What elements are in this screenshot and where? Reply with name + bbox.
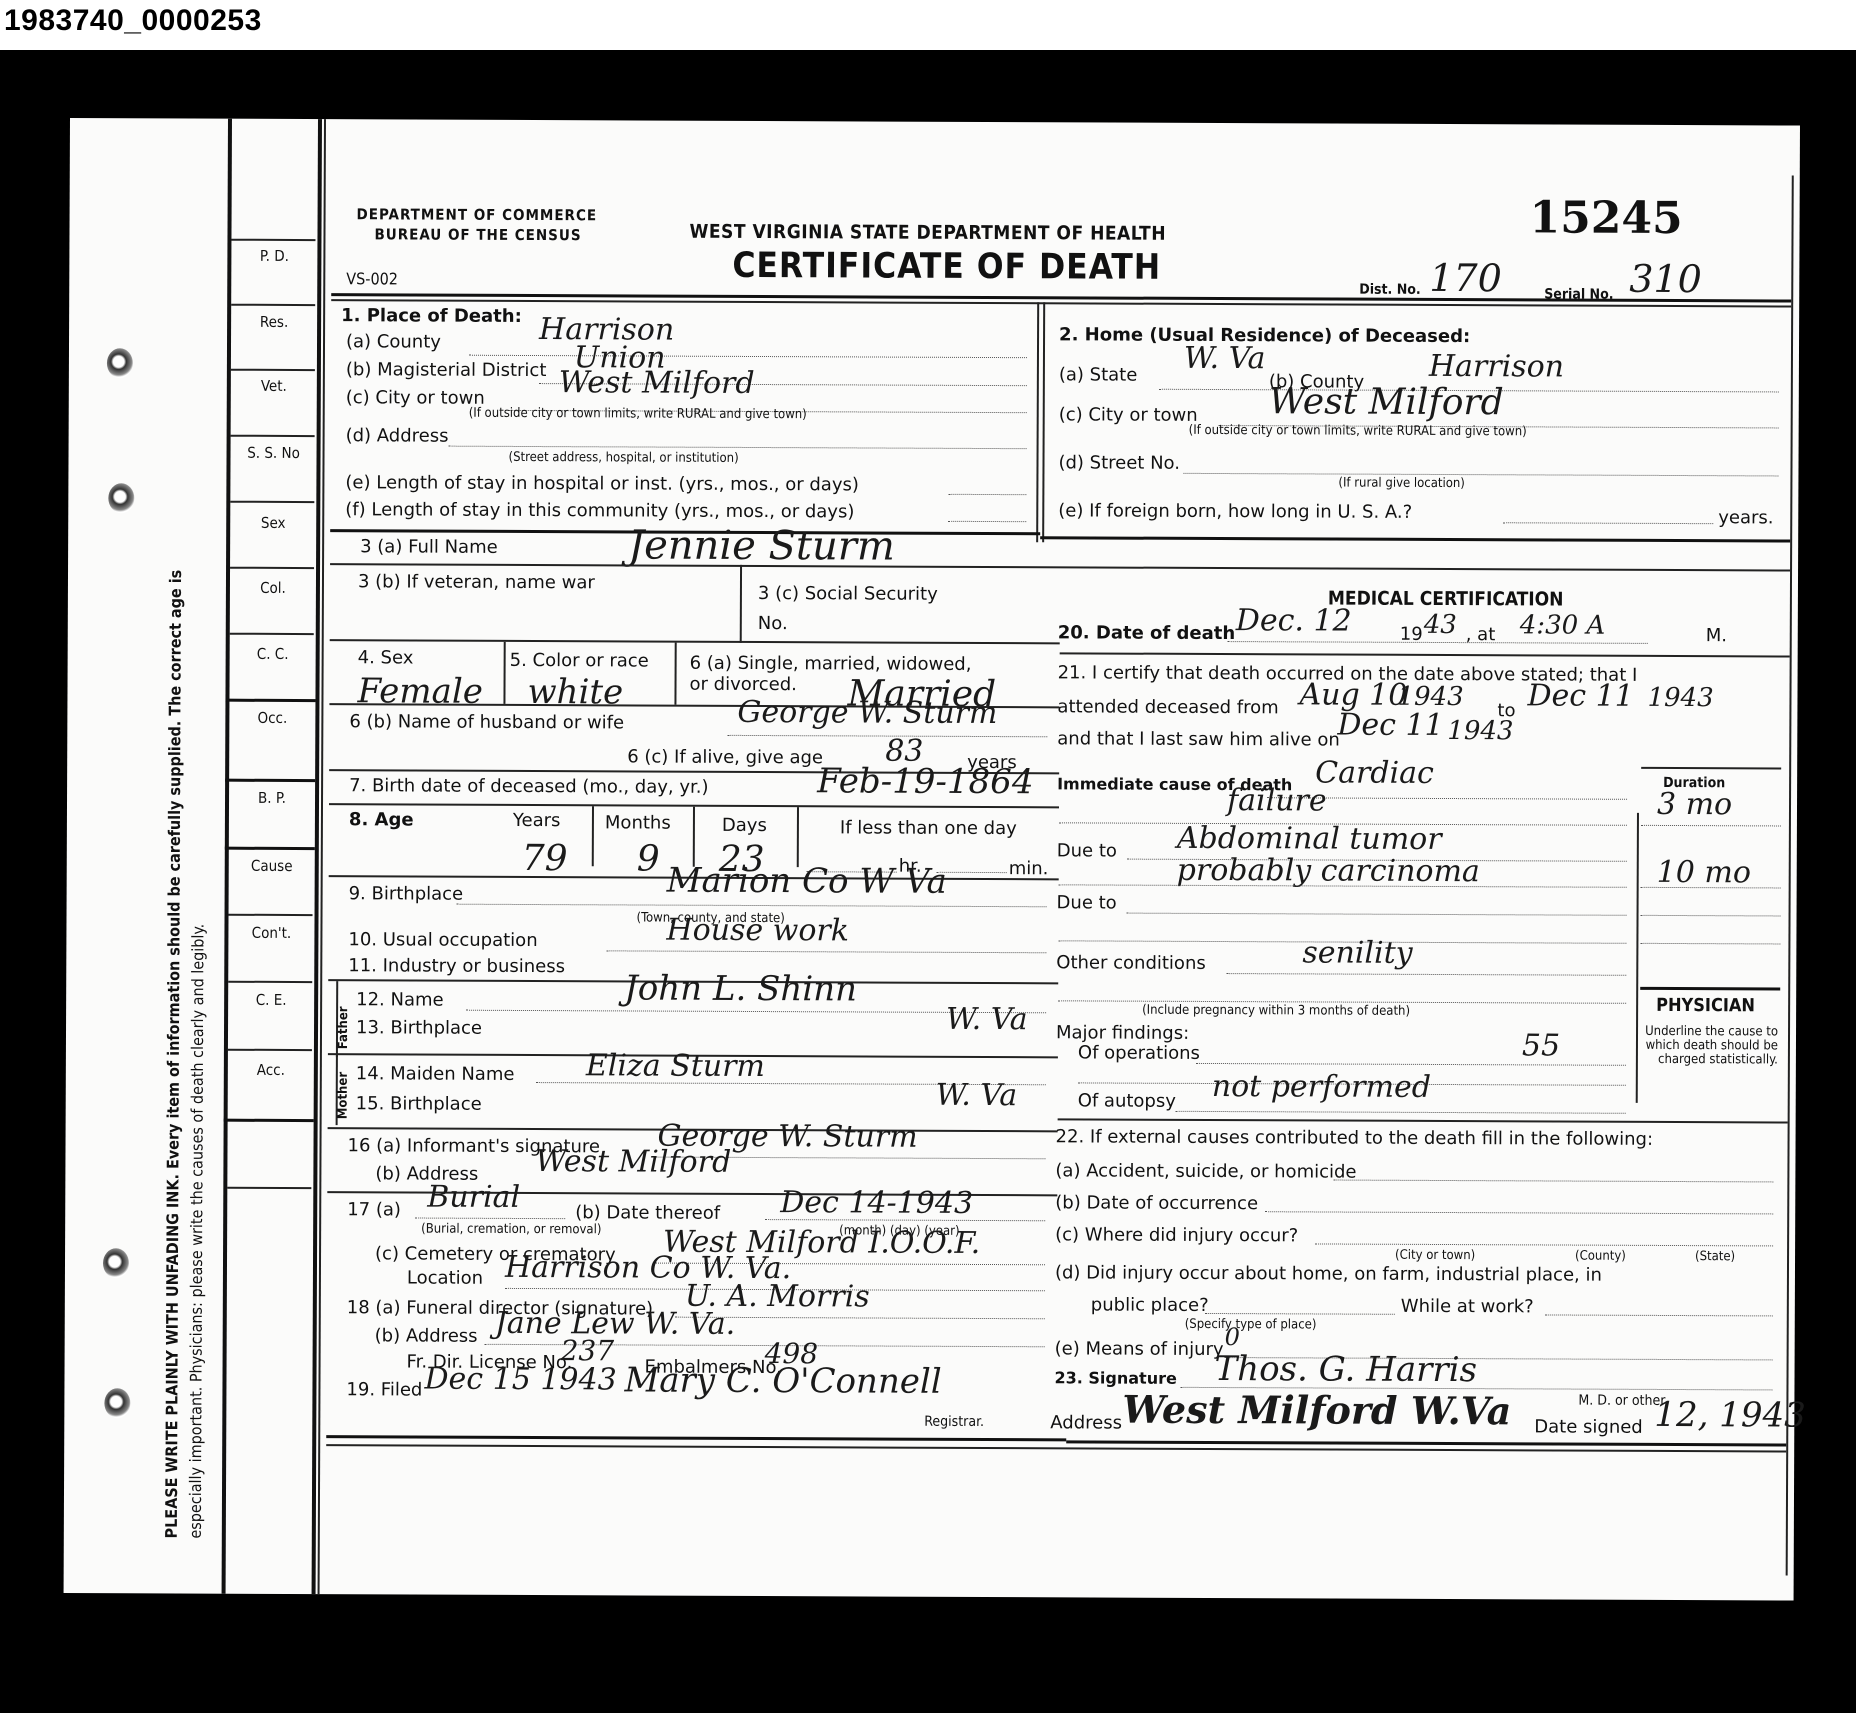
certificate-title: CERTIFICATE OF DEATH — [732, 246, 1161, 288]
index-label-col: Col. — [234, 579, 312, 597]
res-state-label: (a) State — [1059, 364, 1138, 385]
index-label-vet: Vet. — [235, 377, 313, 395]
date-signed-label: Date signed — [1534, 1416, 1643, 1437]
age-years-label: Years — [513, 810, 561, 831]
occurrence-date-label: (b) Date of occurrence — [1055, 1192, 1258, 1214]
public-place-note: (Specify type of place) — [1185, 1317, 1317, 1333]
res-street-note: (If rural give location) — [1338, 476, 1465, 492]
birth-date-value: Feb-19-1864 — [817, 761, 1034, 802]
location-label: Location — [407, 1267, 483, 1288]
age-months-value: 9 — [637, 838, 660, 879]
attended-label: attended deceased from — [1057, 696, 1278, 718]
major-findings-label: Major findings: — [1056, 1022, 1189, 1044]
means-injury-value: 0 — [1225, 1323, 1240, 1351]
attended-to-year: 1943 — [1647, 683, 1713, 713]
mother-maiden-value: Eliza Sturm — [586, 1048, 765, 1084]
spouse-label: 6 (b) Name of husband or wife — [349, 711, 624, 733]
father-name-label: 12. Name — [356, 989, 444, 1010]
pod-county-label: (a) County — [346, 331, 441, 352]
death-time-suffix: M. — [1706, 625, 1727, 646]
age-years-value: 79 — [522, 838, 568, 879]
form-number: VS-002 — [346, 269, 398, 288]
father-birthplace-label: 13. Birthplace — [356, 1017, 482, 1039]
birth-date-label: 7. Birth date of deceased (mo., day, yr.… — [349, 775, 709, 798]
where-injury-label: (c) Where did injury occur? — [1055, 1224, 1298, 1246]
ssn-label-2: No. — [758, 613, 788, 634]
operations-label: Of operations — [1078, 1042, 1200, 1064]
public-place-label: public place? — [1091, 1294, 1209, 1316]
occupation-label: 10. Usual occupation — [348, 929, 537, 951]
informant-address-value: West Milford — [535, 1144, 731, 1180]
injury-about-label: (d) Did injury occur about home, on farm… — [1055, 1262, 1602, 1285]
mother-birthplace-value: W. Va — [936, 1078, 1018, 1113]
due-to-2-label: Due to — [1057, 892, 1117, 913]
dist-no-value: 170 — [1429, 256, 1502, 300]
registrar-signature: Mary C. O'Connell — [624, 1360, 941, 1401]
pod-address-label: (d) Address — [346, 425, 449, 446]
due-to-label: Due to — [1057, 840, 1117, 861]
pod-address-note: (Street address, hospital, or institutio… — [508, 450, 738, 466]
immediate-duration-value: 3 mo — [1657, 787, 1732, 822]
industry-label: 11. Industry or business — [348, 955, 565, 977]
last-seen-value: Dec 11 — [1337, 708, 1443, 743]
age-months-label: Months — [605, 812, 671, 833]
punch-hole-icon — [104, 1388, 130, 1418]
due-to-duration-value: 10 mo — [1657, 855, 1751, 890]
punch-hole-icon — [108, 483, 134, 513]
res-city-note: (If outside city or town limits, write R… — [1189, 423, 1527, 439]
serial-no-value: 310 — [1629, 257, 1702, 301]
birthplace-value: Marion Co W Va — [667, 861, 947, 902]
index-column-left-border — [222, 119, 232, 1594]
father-birthplace-value: W. Va — [946, 1002, 1028, 1037]
physician-heading: PHYSICIAN — [1656, 995, 1755, 1016]
death-year-value: 43 — [1424, 610, 1457, 640]
disposition-date-value: Dec 14-1943 — [780, 1185, 973, 1221]
death-year-prefix: 19 — [1400, 624, 1423, 645]
min-label: min. — [1009, 858, 1049, 879]
operations-value: 55 — [1522, 1028, 1560, 1063]
funeral-director-address-label: (b) Address — [375, 1325, 478, 1346]
due-to-value-2: probably carcinoma — [1177, 853, 1480, 889]
veteran-label: 3 (b) If veteran, name war — [358, 571, 595, 593]
death-certificate: PLEASE WRITE PLAINLY WITH UNFADING INK. … — [64, 118, 1800, 1601]
index-label-ssno: S. S. No — [235, 444, 313, 462]
physician-signature: Thos. G. Harris — [1214, 1349, 1477, 1390]
res-county-value: Harrison — [1429, 349, 1564, 385]
pod-city-value: West Milford — [559, 365, 755, 401]
where-note-county: (County) — [1575, 1249, 1626, 1264]
ssn-label: 3 (c) Social Security — [758, 583, 938, 605]
margin-instruction-1: PLEASE WRITE PLAINLY WITH UNFADING INK. … — [162, 570, 185, 1539]
race-label: 5. Color or race — [510, 650, 649, 672]
state-department: WEST VIRGINIA STATE DEPARTMENT OF HEALTH — [689, 221, 1166, 245]
certificate-number: 15245 — [1529, 192, 1682, 244]
less-than-day-label: If less than one day — [840, 817, 1017, 839]
external-heading: 22. If external causes contributed to th… — [1056, 1126, 1654, 1150]
place-of-death-heading: 1. Place of Death: — [341, 305, 522, 327]
index-label-bp: B. P. — [233, 789, 311, 807]
age-label: 8. Age — [349, 809, 414, 830]
res-foreign-suffix: years. — [1718, 507, 1773, 528]
filed-value: Dec 15 1943 — [424, 1362, 616, 1398]
physician-note: Underline the cause to which death shoul… — [1644, 1025, 1778, 1068]
scan-id: 1983740_0000253 — [4, 4, 262, 38]
autopsy-label: Of autopsy — [1078, 1090, 1176, 1111]
mother-maiden-label: 14. Maiden Name — [356, 1063, 515, 1085]
marital-label: 6 (a) Single, married, widowed, — [690, 653, 972, 675]
index-label-ce: C. E. — [232, 991, 310, 1009]
res-state-value: W. Va — [1184, 341, 1266, 376]
pregnancy-note: (Include pregnancy within 3 months of de… — [1142, 1003, 1410, 1019]
signature-address-label: Address — [1050, 1412, 1122, 1433]
other-conditions-label: Other conditions — [1056, 952, 1206, 974]
bureau-census: BUREAU OF THE CENSUS — [374, 225, 581, 244]
res-street-label: (d) Street No. — [1058, 452, 1180, 474]
disposition-method-note: (Burial, cremation, or removal) — [421, 1222, 601, 1238]
marital-label-2: or divorced. — [689, 674, 796, 695]
medical-certification-heading: MEDICAL CERTIFICATION — [1328, 587, 1564, 610]
due-to-value: Abdominal tumor — [1177, 821, 1442, 857]
full-name-label: 3 (a) Full Name — [360, 536, 498, 558]
age-days-label: Days — [722, 815, 767, 836]
father-name-value: John L. Shinn — [624, 968, 857, 1009]
autopsy-value: not performed — [1212, 1069, 1431, 1105]
pod-district-label: (b) Magisterial District — [346, 359, 547, 381]
immediate-cause-value: Cardiac — [1315, 755, 1434, 791]
index-label-acc: Acc. — [232, 1061, 310, 1079]
res-city-value: West Milford — [1269, 381, 1504, 423]
index-label-res: Res. — [235, 313, 313, 331]
disposition-method-label: 17 (a) — [347, 1199, 401, 1220]
pod-city-label: (c) City or town — [346, 387, 485, 409]
spouse-age-label: 6 (c) If alive, give age — [627, 746, 823, 768]
signature-label: 23. Signature — [1054, 1368, 1176, 1388]
birthplace-label: 9. Birthplace — [349, 883, 464, 904]
last-seen-year: 1943 — [1447, 716, 1513, 746]
spouse-value: George W. Sturm — [737, 695, 997, 731]
punch-hole-icon — [103, 1248, 129, 1278]
res-foreign-label: (e) If foreign born, how long in U. S. A… — [1058, 500, 1412, 523]
pod-stay-hospital-label: (e) Length of stay in hospital or inst. … — [345, 472, 859, 495]
death-at-label: , at — [1466, 624, 1496, 645]
res-city-label: (c) City or town — [1059, 404, 1198, 426]
disposition-method-value: Burial — [427, 1180, 520, 1215]
pod-city-note: (If outside city or town limits, write R… — [469, 406, 807, 422]
registrar-label: Registrar. — [924, 1414, 984, 1430]
dept-commerce: DEPARTMENT OF COMMERCE — [357, 205, 598, 224]
attended-to-value: Dec 11 — [1527, 678, 1633, 713]
where-note-state: (State) — [1695, 1249, 1735, 1264]
pod-stay-community-label: (f) Length of stay in this community (yr… — [345, 499, 854, 522]
death-date-value: Dec. 12 — [1236, 603, 1352, 639]
index-label-cc: C. C. — [234, 645, 312, 663]
death-date-label: 20. Date of death — [1058, 622, 1236, 644]
punch-hole-icon — [107, 348, 133, 378]
index-label-occ: Occ. — [233, 709, 311, 727]
signature-address-value: West Milford W.Va — [1122, 1387, 1511, 1434]
immediate-cause-value-2: failure — [1227, 783, 1327, 818]
index-label-pd: P. D. — [235, 247, 313, 265]
disposition-date-label: (b) Date thereof — [575, 1202, 720, 1224]
margin-instruction-2: especially important. Physicians: please… — [186, 924, 208, 1539]
mother-side-label: Mother — [336, 1072, 351, 1119]
other-conditions-value: senility — [1302, 935, 1412, 970]
sex-label: 4. Sex — [358, 647, 414, 668]
last-seen-label: and that I last saw him alive on — [1057, 728, 1340, 750]
dist-no-label: Dist. No. — [1359, 282, 1421, 298]
scan-header-bar: 1983740_0000253 — [0, 0, 1856, 50]
index-label-sex: Sex — [234, 514, 312, 532]
death-time-value: 4:30 A — [1520, 610, 1606, 640]
filed-label: 19. Filed — [346, 1379, 422, 1400]
index-label-cause: Cause — [233, 857, 311, 875]
funeral-director-address-value: Jane Lew W. Va. — [495, 1306, 736, 1342]
means-injury-label: (e) Means of injury — [1055, 1338, 1224, 1360]
date-signed-value: 12, 1943 — [1654, 1395, 1806, 1436]
where-note-city: (City or town) — [1395, 1248, 1475, 1263]
full-name-value: Jennie Sturm — [628, 522, 895, 569]
accident-label: (a) Accident, suicide, or homicide — [1055, 1160, 1356, 1182]
while-at-work-label: While at work? — [1401, 1296, 1534, 1318]
occupation-value: House work — [666, 913, 849, 949]
index-label-cont: Con't. — [232, 924, 310, 942]
father-side-label: Father — [336, 1006, 351, 1049]
mother-birthplace-label: 15. Birthplace — [356, 1093, 482, 1115]
